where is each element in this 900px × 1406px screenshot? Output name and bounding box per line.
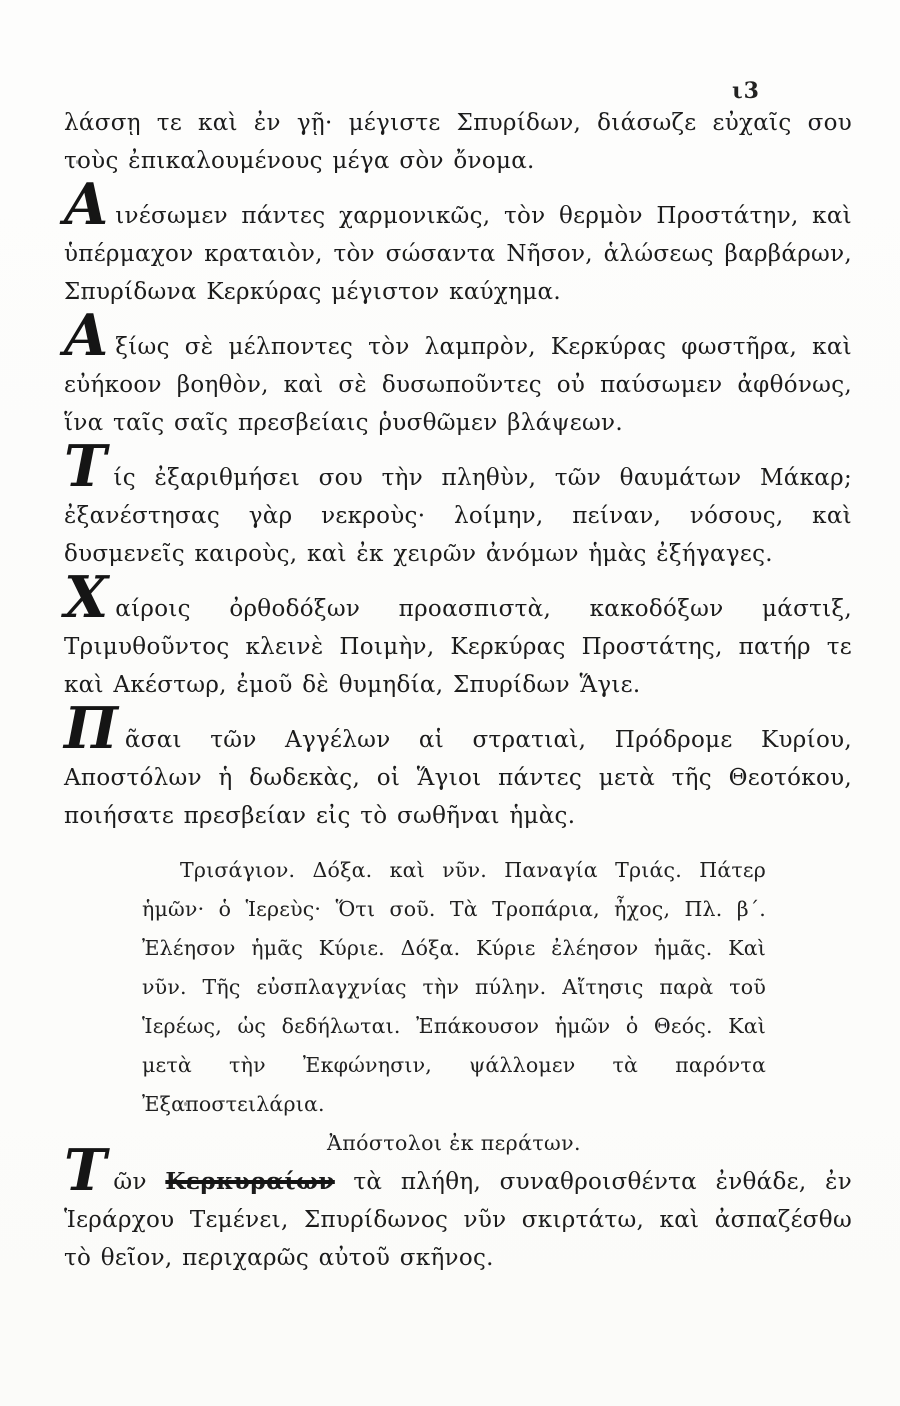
paragraph-text: ινέσωμεν πάντες χαρμονικῶς, τὸν θερμὸν Π… <box>64 203 852 305</box>
body-paragraph: Τίς ἐξαριθμήσει σου τὴν πληθὺν, τῶν θαυμ… <box>64 459 852 573</box>
paragraph-text: λάσσῃ τε καὶ ἐν γῇ· μέγιστε Σπυρίδων, δι… <box>64 110 852 174</box>
struck-word: Κερκυραίων <box>165 1168 334 1195</box>
final-paragraph: Τῶν Κερκυραίων τὰ πλήθη, συναθροισθέντα … <box>64 1163 852 1277</box>
body-paragraph: λάσσῃ τε καὶ ἐν γῇ· μέγιστε Σπυρίδων, δι… <box>64 104 852 180</box>
rubric-centered-line: Ἀπόστολοι ἐκ περάτων. <box>142 1124 766 1163</box>
drop-cap: Τ <box>64 433 106 500</box>
paragraph-text: ίς ἐξαριθμήσει σου τὴν πληθὺν, τῶν θαυμά… <box>64 465 852 567</box>
paragraph-text: αίροις ὀρθοδόξων προασπιστὰ, κακοδόξων μ… <box>64 596 852 698</box>
page-number: ι3 <box>732 78 760 104</box>
scan-speck <box>846 512 849 515</box>
body-paragraph: Αινέσωμεν πάντες χαρμονικῶς, τὸν θερμὸν … <box>64 197 852 311</box>
paragraph-text: ῶν <box>113 1169 165 1195</box>
scanned-page: ι3 λάσσῃ τε καὶ ἐν γῇ· μέγιστε Σπυρίδων,… <box>0 0 900 1406</box>
text-column: λάσσῃ τε καὶ ἐν γῇ· μέγιστε Σπυρίδων, δι… <box>64 104 852 1277</box>
paragraph-text: ᾶσαι τῶν Αγγέλων αἱ στρατιαὶ, Πρόδρομε Κ… <box>64 727 852 829</box>
drop-cap: Π <box>64 695 118 762</box>
rubric-text: Τρισάγιον. Δόξα. καὶ νῦν. Παναγία Τριάς.… <box>142 851 766 1124</box>
rubric-block: Τρισάγιον. Δόξα. καὶ νῦν. Παναγία Τριάς.… <box>142 851 766 1163</box>
body-paragraph: Πᾶσαι τῶν Αγγέλων αἱ στρατιαὶ, Πρόδρομε … <box>64 721 852 835</box>
drop-cap: Α <box>64 171 108 238</box>
drop-cap: Χ <box>64 564 108 631</box>
drop-cap: Α <box>64 302 108 369</box>
scan-speck <box>184 1102 187 1106</box>
scan-speck <box>76 160 78 164</box>
scan-speck <box>83 297 86 300</box>
paragraph-text: ξίως σὲ μέλποντες τὸν λαμπρὸν, Κερκύρας … <box>64 334 852 436</box>
drop-cap: Τ <box>64 1137 106 1204</box>
body-paragraph: Χαίροις ὀρθοδόξων προασπιστὰ, κακοδόξων … <box>64 590 852 704</box>
body-paragraph: Αξίως σὲ μέλποντες τὸν λαμπρὸν, Κερκύρας… <box>64 328 852 442</box>
